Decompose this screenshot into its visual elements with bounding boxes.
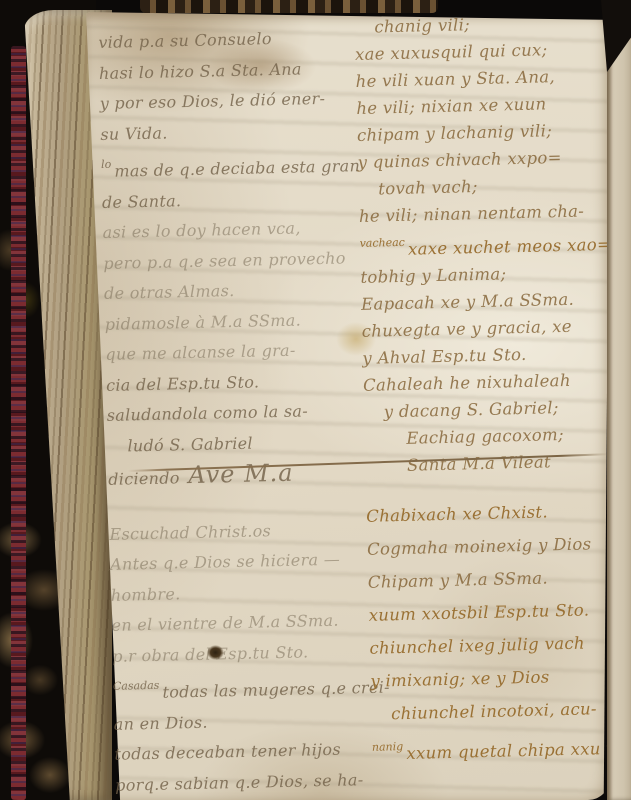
line-text: Eachiag gacoxom;	[406, 425, 564, 448]
line-text: Eapacah xe y M.a SSma.	[361, 290, 574, 314]
manuscript-line: nanigxxum quetal chipa xxu vin-	[372, 725, 629, 771]
line-text: que me alcanse la gra-	[105, 341, 296, 364]
headband	[140, 0, 438, 13]
line-text: todas las mugeres q.e crei-	[162, 678, 390, 702]
line-text: he vili; ninan nentam cha-	[359, 201, 585, 225]
manuscript-line: pero p.a q.e sea en provecho	[103, 242, 366, 278]
spine-marbled-band	[11, 46, 26, 800]
line-text: de Santa.	[102, 191, 182, 212]
line-text: cia del Esp.tu Sto.	[106, 372, 260, 394]
left-text-column: vida p.a su Consuelohasi lo hizo S.a Sta…	[98, 22, 377, 800]
inserted-word: Casadas	[113, 679, 160, 693]
line-text: ludó S. Gabriel	[127, 433, 253, 455]
line-text: Chipam y M.a SSma.	[368, 568, 548, 591]
line-text: xuum xxotsbil Esp.tu Sto.	[368, 600, 589, 624]
line-text: y imixanig; xe y Dios	[370, 667, 550, 690]
line-text: Escuchad Christ.os	[109, 521, 271, 544]
book-photo: vida p.a su Consuelohasi lo hizo S.a Sta…	[0, 0, 631, 800]
line-text: an en Dios.	[114, 712, 208, 733]
line-text: vida p.a su Consuelo	[98, 29, 272, 52]
manuscript-line: en el vientre de M.a SSma.	[111, 605, 374, 641]
line-text: Antes q.e Dios se hiciera —	[110, 550, 340, 574]
line-text: pero p.a q.e sea en provecho	[103, 248, 346, 272]
manuscript-section: Chabixach xe Chxist.Cogmaha moinexig y D…	[366, 494, 629, 771]
manuscript-line: porq.e sabian q.e Dios, se ha-	[115, 764, 378, 800]
next-page-edge	[607, 4, 631, 800]
line-text: asi es lo doy hacen vca,	[102, 218, 300, 241]
line-text: todas deceaban tener hijos	[114, 740, 341, 764]
line-text: chanig vili;	[374, 15, 470, 36]
line-text: su Vida.	[100, 123, 168, 144]
line-text: xaxe xuchet meos xao=	[408, 235, 612, 259]
line-text: chiunchel incotoxi, acu-	[391, 699, 597, 723]
manuscript-line: vacheacxaxe xuchet meos xao=	[359, 224, 616, 264]
line-text: y quinas chivach xxpo=	[357, 148, 562, 172]
line-text: Chabixach xe Chxist.	[366, 502, 548, 525]
inserted-word: lo	[101, 158, 111, 171]
manuscript-line: Santa M.a Vileat	[365, 447, 622, 480]
line-text: y por eso Dios, le dió ener-	[99, 89, 325, 113]
manuscript-line: y por eso Dios, le dió ener-	[99, 83, 362, 119]
line-text: pidamosle à M.a SSma.	[104, 310, 301, 333]
right-text-column: chanig vili;xae xuxusquil qui cux;he vil…	[354, 8, 628, 771]
line-text: hombre.	[111, 584, 181, 605]
line-text: y Ahval Esp.tu Sto.	[362, 345, 527, 368]
line-text: chuxegta ve y gracia, xe	[362, 317, 573, 341]
line-text: tovah vach;	[378, 177, 478, 198]
line-text: de otras Almas.	[104, 281, 235, 303]
line-text: saludandola como la sa-	[107, 401, 309, 425]
large-script-words: Ave M.a	[179, 459, 293, 490]
line-text: Cahaleah he nixuhaleah	[363, 371, 571, 395]
manuscript-line: Antes q.e Dios se hiciera —	[110, 544, 373, 580]
inserted-word: nanig	[372, 740, 404, 754]
line-text: tobhig y Lanima;	[360, 264, 506, 287]
line-text: Cogmaha moinexig y Dios	[367, 534, 592, 558]
line-text: chipam y lachanig vili;	[357, 121, 553, 145]
manuscript-line: Casadastodas las mugeres q.e crei-	[113, 666, 376, 709]
line-text: en el vientre de M.a SSma.	[111, 611, 339, 635]
line-text: y dacang S. Gabriel;	[383, 398, 558, 421]
manuscript-line: lomas de q.e deciaba esta gran	[101, 144, 364, 187]
manuscript-line: Cogmaha moinexig y Dios	[367, 527, 624, 566]
manuscript-line: xuum xxotsbil Esp.tu Sto.	[368, 593, 625, 632]
line-text: xxum quetal chipa xxu vin-	[406, 738, 631, 763]
manuscript-section: Escuchad Christ.osAntes q.e Dios se hici…	[109, 513, 377, 800]
line-text: chiunchel ixeg julig vach	[369, 634, 585, 658]
manuscript-section: chanig vili;xae xuxusquil qui cux;he vil…	[354, 8, 621, 480]
line-text: mas de q.e deciaba esta gran	[114, 156, 360, 181]
line-text: he vili xuan y Sta. Ana,	[355, 67, 555, 91]
ink-blot	[207, 645, 224, 660]
manuscript-line: diciendo Ave M.a	[108, 456, 371, 495]
line-text: hasi lo hizo S.a Sta. Ana	[99, 59, 302, 83]
line-text: he vili; nixian xe xuun	[356, 94, 547, 118]
line-text: porq.e sabian q.e Dios, se ha-	[115, 770, 364, 795]
line-text: xae xuxusquil qui cux;	[355, 40, 548, 64]
inserted-word: vacheac	[359, 236, 405, 250]
manuscript-section: vida p.a su Consuelohasi lo hizo S.a Sta…	[98, 22, 371, 495]
